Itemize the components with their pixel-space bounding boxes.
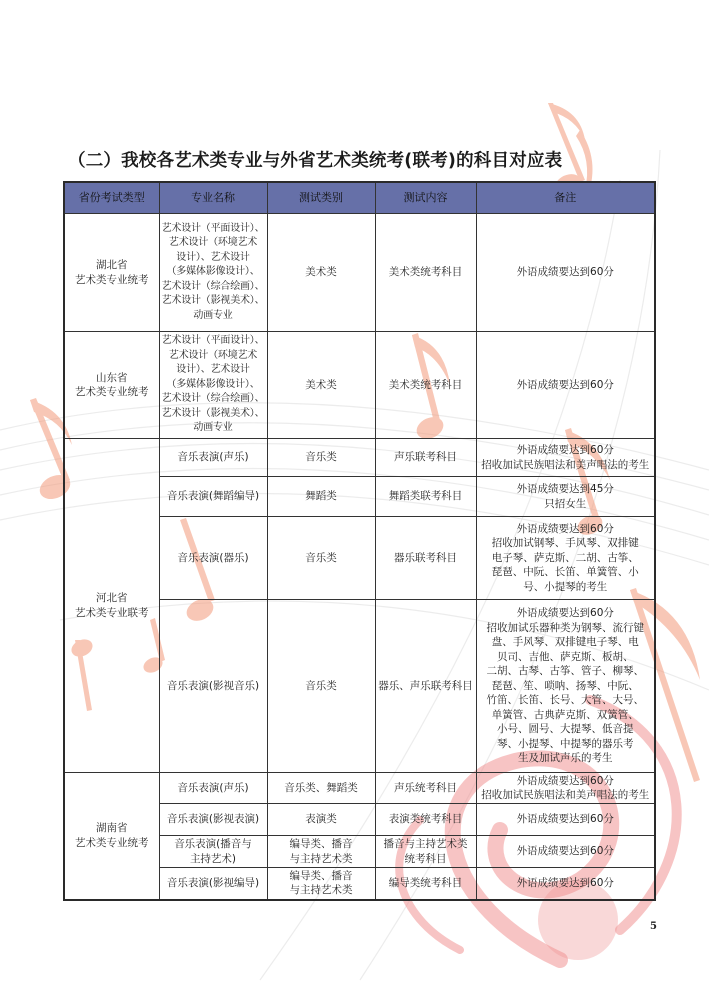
major-line: 艺术设计（平面设计）、 [162,222,265,237]
major-line: 音乐表演(播音与 [162,837,265,851]
remark-line: 单簧管、古典萨克斯、双簧管、 [479,708,653,722]
remarks-cell: 外语成绩要达到60分 招收加试乐器种类为钢琴、流行键 盘、手风琴、双排键电子琴、… [476,600,655,773]
content-cell: 美术类统考科目 [375,332,476,439]
table-row: 湖北省 艺术类专业统考 艺术设计（平面设计）、 艺术设计（环境艺术 设计）、艺术… [64,214,655,332]
exam-type: 艺术类专业统考 [67,273,157,287]
remark-line: 外语成绩要达到60分 [479,443,653,457]
major-line: 艺术设计（平面设计）、 [162,334,265,349]
category-cell: 编导类、播音 与主持艺术类 [267,868,375,900]
province-cell-hunan: 湖南省 艺术类专业统考 [64,773,159,900]
table-row: 山东省 艺术类专业统考 艺术设计（平面设计）、 艺术设计（环境艺术 设计）、艺术… [64,332,655,439]
province-name: 河北省 [67,591,157,605]
table-header-row: 省份考试类型 专业名称 测试类别 测试内容 备注 [64,182,655,214]
province-name: 湖北省 [67,258,157,272]
remark-line: 二胡、古琴、古筝、管子、柳琴、 [479,664,653,678]
table-row: 河北省 艺术类专业联考 音乐表演(声乐) 音乐类 声乐联考科目 外语成绩要达到6… [64,439,655,477]
major-line: （多媒体影像设计）、 [162,378,265,393]
remark-line: 招收加试钢琴、手风琴、双排键 [479,536,653,550]
major-cell: 音乐表演(器乐) [159,517,267,600]
remark-line: 招收加试民族唱法和美声唱法的考生 [479,458,653,472]
remark-line: 生及加试声乐的考生 [479,751,653,765]
column-header-remarks: 备注 [476,182,655,214]
exam-type: 艺术类专业统考 [67,385,157,399]
major-line: 艺术设计（综合绘画）、 [162,392,265,407]
category-cell: 音乐类 [267,517,375,600]
subject-mapping-table: 省份考试类型 专业名称 测试类别 测试内容 备注 湖北省 艺术类专业统考 艺术设… [63,181,656,901]
content-cell: 器乐、声乐联考科目 [375,600,476,773]
exam-type: 艺术类专业统考 [67,836,157,850]
remark-line: 琴、小提琴、中提琴的器乐考 [479,737,653,751]
remark-line: 小号、圆号、大提琴、低音提 [479,722,653,736]
remark-line: 琵琶、中阮、长笛、单簧管、小 [479,565,653,579]
remark-line: 外语成绩要达到60分 [479,606,653,620]
remarks-cell: 外语成绩要达到60分 [476,332,655,439]
remark-line: 电子琴、萨克斯、二胡、古筝、 [479,551,653,565]
category-line: 编导类、播音 [270,869,373,883]
column-header-test-content: 测试内容 [375,182,476,214]
remark-line: 琵琶、笙、唢呐、扬琴、中阮、 [479,679,653,693]
page-number: 5 [650,921,657,932]
column-header-province-exam-type: 省份考试类型 [64,182,159,214]
content-line: 播音与主持艺术类 [378,837,474,851]
category-cell: 美术类 [267,214,375,332]
major-cell: 音乐表演(影视编导) [159,868,267,900]
category-cell: 音乐类 [267,439,375,477]
remark-line: 外语成绩要达到60分 [479,774,653,788]
remark-line: 招收加试乐器种类为钢琴、流行键 [479,621,653,635]
province-cell-shandong: 山东省 艺术类专业统考 [64,332,159,439]
remark-line: 只招女生 [479,497,653,511]
remarks-cell: 外语成绩要达到60分 招收加试钢琴、手风琴、双排键 电子琴、萨克斯、二胡、古筝、… [476,517,655,600]
major-cell: 音乐表演(声乐) [159,773,267,804]
content-line: 统考科目 [378,852,474,866]
remarks-cell: 外语成绩要达到60分 招收加试民族唱法和美声唱法的考生 [476,439,655,477]
category-line: 与主持艺术类 [270,852,373,866]
remark-line: 招收加试民族唱法和美声唱法的考生 [479,788,653,802]
major-line: 动画专业 [162,421,265,436]
remarks-cell: 外语成绩要达到60分 [476,836,655,868]
major-line: 设计）、艺术设计 [162,363,265,378]
category-cell: 美术类 [267,332,375,439]
province-name: 湖南省 [67,821,157,835]
category-cell: 音乐类 [267,600,375,773]
major-line: 主持艺术) [162,852,265,866]
column-header-test-category: 测试类别 [267,182,375,214]
content-cell: 声乐统考科目 [375,773,476,804]
major-cell: 音乐表演(舞蹈编导) [159,477,267,517]
remarks-cell: 外语成绩要达到60分 招收加试民族唱法和美声唱法的考生 [476,773,655,804]
province-cell-hubei: 湖北省 艺术类专业统考 [64,214,159,332]
province-cell-hebei: 河北省 艺术类专业联考 [64,439,159,773]
remark-line: 外语成绩要达到60分 [479,522,653,536]
category-cell: 舞蹈类 [267,477,375,517]
page-title: （二）我校各艺术类专业与外省艺术类统考(联考)的科目对应表 [68,147,562,172]
remark-line: 贝司、吉他、萨克斯、板胡、 [479,650,653,664]
remark-line: 号、小提琴的考生 [479,580,653,594]
major-line: 艺术设计（环境艺术 [162,349,265,364]
content-cell: 声乐联考科目 [375,439,476,477]
remark-line: 外语成绩要达到45分 [479,482,653,496]
province-name: 山东省 [67,371,157,385]
major-line: （多媒体影像设计）、 [162,265,265,280]
remarks-cell: 外语成绩要达到60分 [476,214,655,332]
remarks-cell: 外语成绩要达到60分 [476,868,655,900]
table-row: 湖南省 艺术类专业统考 音乐表演(声乐) 音乐类、舞蹈类 声乐统考科目 外语成绩… [64,773,655,804]
content-cell: 表演类统考科目 [375,804,476,836]
major-line: 动画专业 [162,309,265,324]
major-cell: 音乐表演(声乐) [159,439,267,477]
major-line: 艺术设计（影视美术）、 [162,294,265,309]
remarks-cell: 外语成绩要达到60分 [476,804,655,836]
category-cell: 表演类 [267,804,375,836]
content-cell: 编导类统考科目 [375,868,476,900]
category-cell: 音乐类、舞蹈类 [267,773,375,804]
major-cell: 艺术设计（平面设计）、 艺术设计（环境艺术 设计）、艺术设计 （多媒体影像设计）… [159,214,267,332]
major-line: 艺术设计（综合绘画）、 [162,280,265,295]
category-cell: 编导类、播音 与主持艺术类 [267,836,375,868]
content-cell: 播音与主持艺术类 统考科目 [375,836,476,868]
major-cell: 艺术设计（平面设计）、 艺术设计（环境艺术 设计）、艺术设计 （多媒体影像设计）… [159,332,267,439]
remark-line: 竹笛、长笛、长号、大管、大号、 [479,693,653,707]
major-line: 艺术设计（影视美术）、 [162,407,265,422]
major-cell: 音乐表演(影视音乐) [159,600,267,773]
column-header-major-name: 专业名称 [159,182,267,214]
category-line: 与主持艺术类 [270,883,373,897]
major-line: 设计）、艺术设计 [162,251,265,266]
exam-type: 艺术类专业联考 [67,606,157,620]
major-cell: 音乐表演(影视表演) [159,804,267,836]
major-cell: 音乐表演(播音与 主持艺术) [159,836,267,868]
category-line: 编导类、播音 [270,837,373,851]
content-cell: 舞蹈类联考科目 [375,477,476,517]
remark-line: 盘、手风琴、双排键电子琴、电 [479,635,653,649]
major-line: 艺术设计（环境艺术 [162,236,265,251]
content-cell: 美术类统考科目 [375,214,476,332]
remarks-cell: 外语成绩要达到45分 只招女生 [476,477,655,517]
content-cell: 器乐联考科目 [375,517,476,600]
